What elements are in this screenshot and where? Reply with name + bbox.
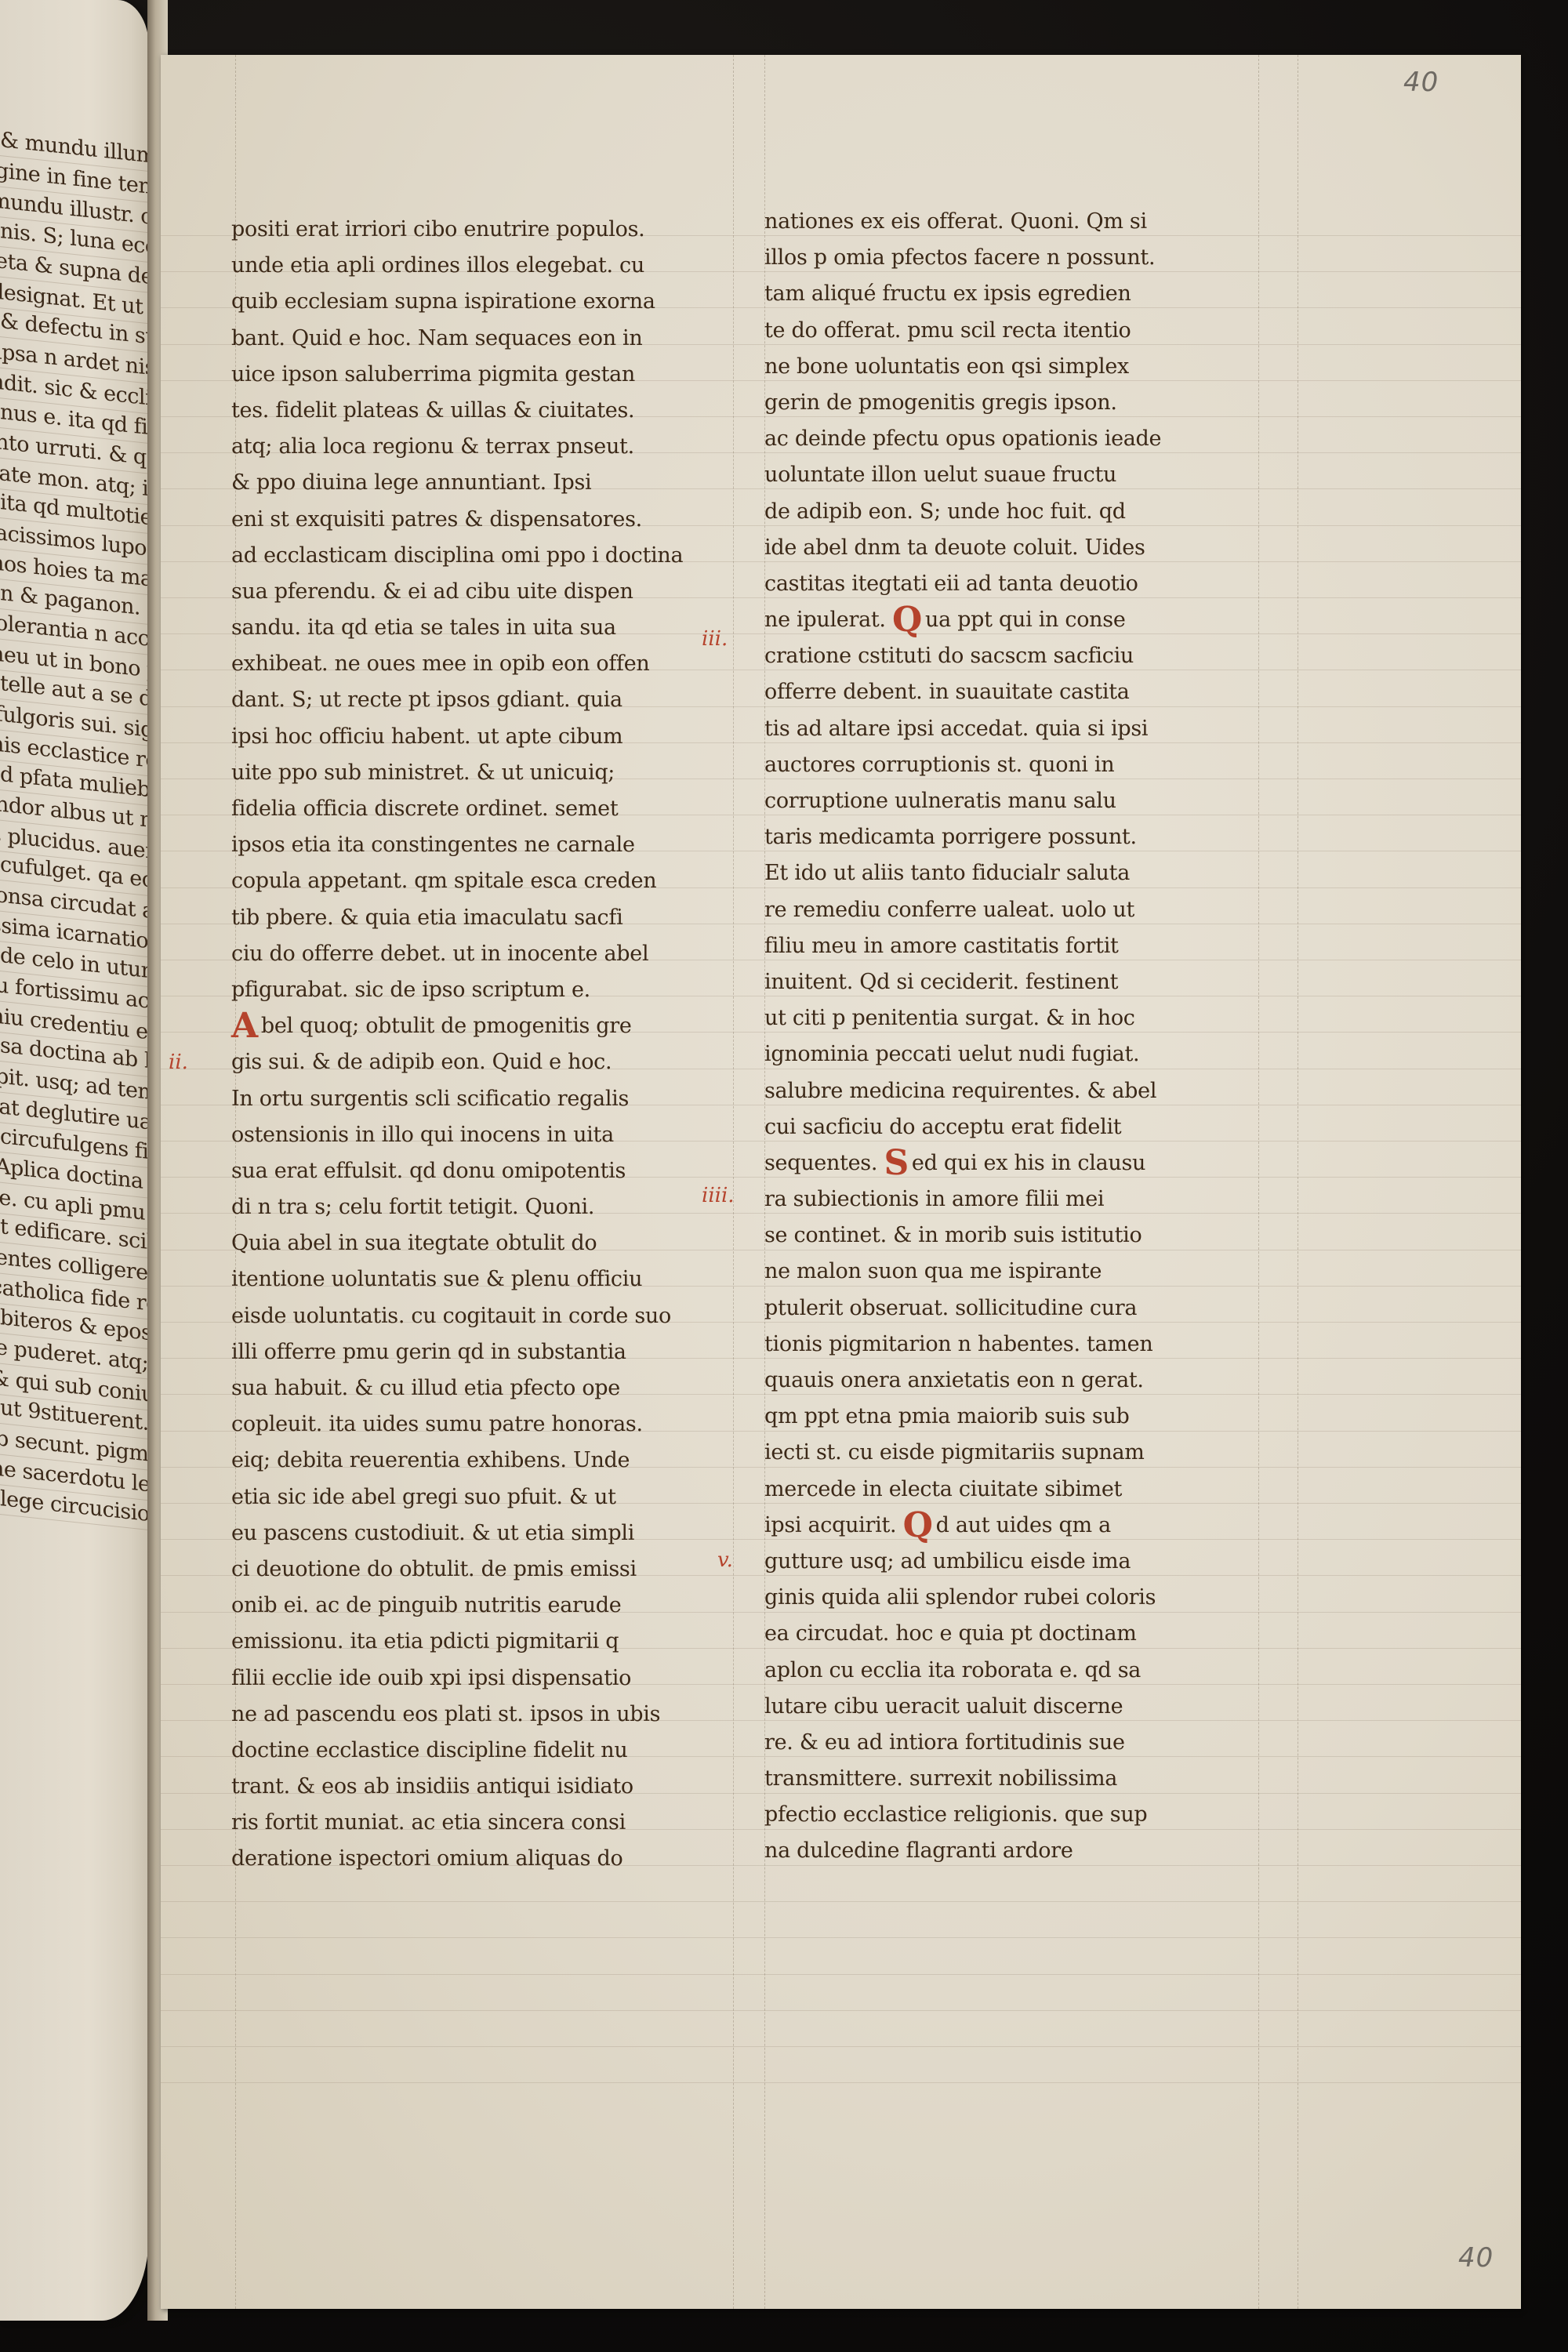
text-line: bant. Quid e hoc. Nam sequaces eon in	[231, 321, 733, 357]
text-line: transmittere. surrexit nobilissima	[764, 1761, 1266, 1797]
line-text: gerin de pmogenitis gregis ipson.	[764, 390, 1117, 415]
line-text: inuitent. Qd si ceciderit. festinent	[764, 970, 1118, 994]
line-text: atq; alia loca regionu & terrax pnseut.	[231, 434, 634, 459]
line-text: ne malon suon qua me ispirante	[764, 1259, 1102, 1283]
text-line: ipsos etia ita constingentes ne carnale	[231, 827, 733, 863]
text-line: ide abel dnm ta deuote coluit. Uides	[764, 530, 1266, 566]
text-line: uite ppo sub ministret. & ut unicuiq;	[231, 755, 733, 791]
line-text: uoluntate illon uelut suaue fructu	[764, 463, 1116, 487]
text-line: Quia abel in sua itegtate obtulit do	[231, 1225, 733, 1261]
line-text: uite ppo sub ministret. & ut unicuiq;	[231, 760, 615, 785]
line-text: eu pascens custodiuit. & ut etia simpli	[231, 1521, 634, 1545]
text-line: tib pbere. & quia etia imaculatu sacfi	[231, 900, 733, 936]
line-text: lutare cibu ueracit ualuit discerne	[764, 1694, 1123, 1719]
line-text: eiq; debita reuerentia exhibens. Unde	[231, 1448, 630, 1472]
text-line: cui sacficiu do acceptu erat fidelit	[764, 1109, 1266, 1145]
ruling-line	[733, 55, 734, 2309]
text-line: re remediu conferre ualeat. uolo ut	[764, 892, 1266, 928]
text-line: deratione ispectori omium aliquas do	[231, 1841, 733, 1877]
line-text: copleuit. ita uides sumu patre honoras.	[231, 1412, 643, 1436]
text-line: sua pferendu. & ei ad cibu uite dispen	[231, 574, 733, 610]
line-text: quib ecclesiam supna ispiratione exorna	[231, 289, 655, 314]
line-text: re. & eu ad intiora fortitudinis sue	[764, 1730, 1125, 1755]
text-line: dant. S; ut recte pt ipsos gdiant. quia	[231, 682, 733, 718]
line-text: ris fortit muniat. ac etia sincera consi	[231, 1810, 626, 1835]
text-line: sua habuit. & cu illud etia pfecto ope	[231, 1370, 733, 1406]
line-text: unde etia apli ordines illos elegebat. c…	[231, 253, 644, 278]
text-line: eu pascens custodiuit. & ut etia simpli	[231, 1515, 733, 1552]
text-line: Abel quoq; obtulit de pmogenitis gre	[231, 1008, 733, 1044]
text-line: re. & eu ad intiora fortitudinis sue	[764, 1725, 1266, 1761]
line-text: positi erat irriori cibo enutrire populo…	[231, 217, 644, 241]
text-line: ipsi hoc officiu habent. ut apte cibum	[231, 719, 733, 755]
line-text: cui sacficiu do acceptu erat fidelit	[764, 1115, 1121, 1139]
marginal-numeral-ii: ii.	[169, 1051, 188, 1074]
text-line: quib ecclesiam supna ispiratione exorna	[231, 284, 733, 320]
text-line: qm ppt etna pmia maiorib suis sub	[764, 1399, 1266, 1435]
line-text: transmittere. surrexit nobilissima	[764, 1766, 1117, 1791]
line-text: trant. & eos ab insidiis antiqui isidiat…	[231, 1774, 633, 1798]
line-text: etia sic ide abel gregi suo pfuit. & ut	[231, 1485, 616, 1509]
text-column-left: positi erat irriori cibo enutrire populo…	[231, 212, 733, 1878]
line-text: ed qui ex his in clausu	[912, 1151, 1145, 1175]
text-line: tis ad altare ipsi accedat. quia si ipsi	[764, 711, 1266, 747]
text-line: illos p omia pfectos facere n possunt.	[764, 240, 1266, 276]
line-text: salubre medicina requirentes. & abel	[764, 1079, 1156, 1103]
text-line: illi offerre pmu gerin qd in substantia	[231, 1334, 733, 1370]
line-text: gis sui. & de adipib eon. Quid e hoc.	[231, 1050, 612, 1074]
text-line: ignominia peccati uelut nudi fugiat.	[764, 1036, 1266, 1073]
line-text: ostensionis in illo qui inocens in uita	[231, 1123, 614, 1147]
line-text: tes. fidelit plateas & uillas & ciuitate…	[231, 398, 634, 423]
text-line: di n tra s; celu fortit tetigit. Quoni.	[231, 1189, 733, 1225]
text-line: ra subiectionis in amore filii mei	[764, 1181, 1266, 1218]
text-line: sequentes. Sed qui ex his in clausu	[764, 1145, 1266, 1181]
verso-page: & mundu illuminagine in fine tempomundu …	[0, 0, 149, 2321]
text-line: tionis pigmitarion n habentes. tamen	[764, 1327, 1266, 1363]
line-text: corruptione uulneratis manu salu	[764, 789, 1116, 813]
line-text: di n tra s; celu fortit tetigit. Quoni.	[231, 1195, 594, 1219]
text-line: inuitent. Qd si ceciderit. festinent	[764, 964, 1266, 1000]
line-text: Quia abel in sua itegtate obtulit do	[231, 1231, 597, 1255]
line-text: eisde uoluntatis. cu cogitauit in corde …	[231, 1304, 671, 1328]
text-line: ciu do offerre debet. ut in inocente abe…	[231, 936, 733, 972]
text-line: cratione cstituti do sacscm sacficiu	[764, 638, 1266, 674]
text-line: tes. fidelit plateas & uillas & ciuitate…	[231, 393, 733, 429]
text-line: ci deuotione do obtulit. de pmis emissi	[231, 1552, 733, 1588]
rubricated-initial: Q	[903, 1505, 933, 1545]
line-text: mercede in electa ciuitate sibimet	[764, 1477, 1122, 1501]
line-text: d aut uides qm a	[936, 1513, 1111, 1537]
line-text: ua ppt qui in conse	[925, 608, 1125, 632]
text-line: emissionu. ita etia pdicti pigmitarii q	[231, 1624, 733, 1660]
line-text: dant. S; ut recte pt ipsos gdiant. quia	[231, 688, 622, 712]
text-line: taris medicamta porrigere possunt.	[764, 819, 1266, 855]
line-text: sequentes.	[764, 1151, 884, 1175]
line-text: exhibeat. ne oues mee in opib eon offen	[231, 652, 650, 676]
text-line: te do offerat. pmu scil recta itentio	[764, 313, 1266, 349]
line-text: itentione uoluntatis sue & plenu officiu	[231, 1267, 642, 1291]
line-text: ipsi acquirit.	[764, 1513, 903, 1537]
text-line: & ppo diuina lege annuntiant. Ipsi	[231, 465, 733, 501]
line-text: uice ipson saluberrima pigmita gestan	[231, 362, 635, 387]
line-text: tam aliqué fructu ex ipsis egredien	[764, 281, 1131, 306]
line-text: ne bone uoluntatis eon qsi simplex	[764, 354, 1129, 379]
text-line: onib ei. ac de pinguib nutritis earude	[231, 1588, 733, 1624]
line-text: castitas itegtati eii ad tanta deuotio	[764, 572, 1138, 596]
text-line: quauis onera anxietatis eon n gerat.	[764, 1363, 1266, 1399]
text-line: exhibeat. ne oues mee in opib eon offen	[231, 646, 733, 682]
marginal-numeral-v: v.	[717, 1548, 733, 1572]
text-line: ipsi acquirit. Qd aut uides qm a	[764, 1508, 1266, 1544]
text-line: lutare cibu ueracit ualuit discerne	[764, 1689, 1266, 1725]
ruling-line	[1298, 55, 1298, 2309]
text-line: etia sic ide abel gregi suo pfuit. & ut	[231, 1479, 733, 1515]
text-line: itentione uoluntatis sue & plenu officiu	[231, 1261, 733, 1298]
text-line: eiq; debita reuerentia exhibens. Unde	[231, 1443, 733, 1479]
folio-number-top: 40	[1403, 67, 1439, 98]
text-line: auctores corruptionis st. quoni in	[764, 747, 1266, 783]
ruling-line	[161, 1974, 1521, 1975]
line-text: ad ecclasticam disciplina omi ppo i doct…	[231, 543, 683, 568]
text-line: pfectio ecclastice religionis. que sup	[764, 1797, 1266, 1833]
line-text: iecti st. cu eisde pigmitariis supnam	[764, 1440, 1145, 1465]
text-line: unde etia apli ordines illos elegebat. c…	[231, 248, 733, 284]
text-line: uoluntate illon uelut suaue fructu	[764, 457, 1266, 493]
line-text: fidelia officia discrete ordinet. semet	[231, 797, 618, 821]
ruling-line	[161, 2046, 1521, 2047]
text-line: ne ad pascendu eos plati st. ipsos in ub…	[231, 1697, 733, 1733]
text-line: filiu meu in amore castitatis fortit	[764, 928, 1266, 964]
text-line: eni st exquisiti patres & dispensatores.	[231, 502, 733, 538]
text-line: pfigurabat. sic de ipso scriptum e.	[231, 972, 733, 1008]
rubricated-initial: S	[884, 1143, 908, 1183]
line-text: ipsi hoc officiu habent. ut apte cibum	[231, 724, 622, 749]
text-line: nationes ex eis offerat. Quoni. Qm si	[764, 204, 1266, 240]
text-line: positi erat irriori cibo enutrire populo…	[231, 212, 733, 248]
line-text: bel quoq; obtulit de pmogenitis gre	[261, 1014, 632, 1038]
ruling-line	[161, 1937, 1521, 1938]
text-line: ne bone uoluntatis eon qsi simplex	[764, 349, 1266, 385]
line-text: filii ecclie ide ouib xpi ipsi dispensat…	[231, 1666, 631, 1690]
text-line: fidelia officia discrete ordinet. semet	[231, 791, 733, 827]
text-line: iecti st. cu eisde pigmitariis supnam	[764, 1435, 1266, 1471]
text-line: ginis quida alii splendor rubei coloris	[764, 1580, 1266, 1616]
text-line: gutture usq; ad umbilicu eisde ima	[764, 1544, 1266, 1580]
line-text: ra subiectionis in amore filii mei	[764, 1187, 1104, 1211]
text-line: sandu. ita qd etia se tales in uita sua	[231, 610, 733, 646]
text-line: corruptione uulneratis manu salu	[764, 783, 1266, 819]
text-line: trant. & eos ab insidiis antiqui isidiat…	[231, 1769, 733, 1805]
text-line: ris fortit muniat. ac etia sincera consi	[231, 1805, 733, 1841]
text-line: salubre medicina requirentes. & abel	[764, 1073, 1266, 1109]
line-text: sua erat effulsit. qd donu omipotentis	[231, 1159, 626, 1183]
text-line: ptulerit obseruat. sollicitudine cura	[764, 1290, 1266, 1327]
line-text: ne ipulerat.	[764, 608, 892, 632]
line-text: ipsos etia ita constingentes ne carnale	[231, 833, 635, 857]
line-text: aplon cu ecclia ita roborata e. qd sa	[764, 1658, 1141, 1682]
line-text: illi offerre pmu gerin qd in substantia	[231, 1340, 626, 1364]
line-text: emissionu. ita etia pdicti pigmitarii q	[231, 1629, 619, 1653]
marginal-numeral-iiii: iiii.	[702, 1184, 735, 1207]
text-line: castitas itegtati eii ad tanta deuotio	[764, 566, 1266, 602]
text-line: copleuit. ita uides sumu patre honoras.	[231, 1406, 733, 1443]
line-text: copula appetant. qm spitale esca creden	[231, 869, 656, 893]
line-text: doctine ecclastice discipline fidelit nu	[231, 1738, 627, 1762]
line-text: gutture usq; ad umbilicu eisde ima	[764, 1549, 1131, 1573]
line-text: ut citi p penitentia surgat. & in hoc	[764, 1006, 1135, 1030]
text-line: ad ecclasticam disciplina omi ppo i doct…	[231, 538, 733, 574]
text-line: copula appetant. qm spitale esca creden	[231, 863, 733, 899]
line-text: se continet. & in morib suis istitutio	[764, 1223, 1142, 1247]
text-line: In ortu surgentis scli scificatio regali…	[231, 1081, 733, 1117]
line-text: illos p omia pfectos facere n possunt.	[764, 245, 1155, 270]
line-text: sandu. ita qd etia se tales in uita sua	[231, 615, 616, 640]
line-text: sua habuit. & cu illud etia pfecto ope	[231, 1376, 620, 1400]
line-text: deratione ispectori omium aliquas do	[231, 1846, 622, 1871]
text-column-right: nationes ex eis offerat. Quoni. Qm siill…	[764, 204, 1266, 1870]
text-line: uice ipson saluberrima pigmita gestan	[231, 357, 733, 393]
line-text: Et ido ut aliis tanto fiducialr saluta	[764, 861, 1130, 885]
text-line: doctine ecclastice discipline fidelit nu	[231, 1733, 733, 1769]
line-text: te do offerat. pmu scil recta itentio	[764, 318, 1131, 343]
line-text: ci deuotione do obtulit. de pmis emissi	[231, 1557, 637, 1581]
line-text: auctores corruptionis st. quoni in	[764, 753, 1114, 777]
line-text: eni st exquisiti patres & dispensatores.	[231, 507, 642, 532]
text-line: atq; alia loca regionu & terrax pnseut.	[231, 429, 733, 465]
line-text: filiu meu in amore castitatis fortit	[764, 934, 1119, 958]
text-line: ac deinde pfectu opus opationis ieade	[764, 421, 1266, 457]
recto-page: 40 40 positi erat irriori cibo enutrire …	[161, 55, 1521, 2309]
line-text: ptulerit obseruat. sollicitudine cura	[764, 1296, 1137, 1320]
text-line: filii ecclie ide ouib xpi ipsi dispensat…	[231, 1661, 733, 1697]
line-text: tionis pigmitarion n habentes. tamen	[764, 1332, 1152, 1356]
line-text: nationes ex eis offerat. Quoni. Qm si	[764, 209, 1147, 234]
line-text: sua pferendu. & ei ad cibu uite dispen	[231, 579, 633, 604]
line-text: ignominia peccati uelut nudi fugiat.	[764, 1042, 1139, 1066]
text-line: aplon cu ecclia ita roborata e. qd sa	[764, 1653, 1266, 1689]
line-text: cratione cstituti do sacscm sacficiu	[764, 644, 1134, 668]
line-text: ne ad pascendu eos plati st. ipsos in ub…	[231, 1702, 660, 1726]
ruling-line	[161, 2082, 1521, 2083]
verso-text-block: & mundu illuminagine in fine tempomundu …	[0, 125, 149, 1514]
line-text: ac deinde pfectu opus opationis ieade	[764, 426, 1161, 451]
line-text: bant. Quid e hoc. Nam sequaces eon in	[231, 326, 642, 350]
marginal-numeral-iii: iii.	[702, 627, 728, 651]
line-text: ginis quida alii splendor rubei coloris	[764, 1585, 1156, 1610]
text-line: na dulcedine flagranti ardore	[764, 1833, 1266, 1869]
ruling-line	[161, 2010, 1521, 2011]
text-line: Et ido ut aliis tanto fiducialr saluta	[764, 855, 1266, 891]
line-text: taris medicamta porrigere possunt.	[764, 825, 1137, 849]
line-text: tis ad altare ipsi accedat. quia si ipsi	[764, 717, 1148, 741]
folio-number-bottom: 40	[1458, 2242, 1494, 2274]
line-text: ea circudat. hoc e quia pt doctinam	[764, 1621, 1137, 1646]
text-line: tam aliqué fructu ex ipsis egredien	[764, 276, 1266, 312]
line-text: & ppo diuina lege annuntiant. Ipsi	[231, 470, 591, 495]
rubricated-initial: Q	[892, 600, 922, 640]
text-line: ostensionis in illo qui inocens in uita	[231, 1117, 733, 1153]
text-line: gis sui. & de adipib eon. Quid e hoc.	[231, 1044, 733, 1080]
text-line: eisde uoluntatis. cu cogitauit in corde …	[231, 1298, 733, 1334]
text-line: ut citi p penitentia surgat. & in hoc	[764, 1000, 1266, 1036]
line-text: ide abel dnm ta deuote coluit. Uides	[764, 535, 1145, 560]
text-line: de adipib eon. S; unde hoc fuit. qd	[764, 494, 1266, 530]
text-line: gerin de pmogenitis gregis ipson.	[764, 385, 1266, 421]
line-text: ciu do offerre debet. ut in inocente abe…	[231, 942, 648, 966]
line-text: de adipib eon. S; unde hoc fuit. qd	[764, 499, 1126, 524]
text-line: offerre debent. in suauitate castita	[764, 674, 1266, 710]
text-line: se continet. & in morib suis istitutio	[764, 1218, 1266, 1254]
line-text: onib ei. ac de pinguib nutritis earude	[231, 1593, 621, 1617]
line-text: qm ppt etna pmia maiorib suis sub	[764, 1404, 1130, 1428]
line-text: pfigurabat. sic de ipso scriptum e.	[231, 978, 590, 1002]
line-text: In ortu surgentis scli scificatio regali…	[231, 1087, 629, 1111]
line-text: na dulcedine flagranti ardore	[764, 1838, 1073, 1863]
line-text: quauis onera anxietatis eon n gerat.	[764, 1368, 1144, 1392]
text-line: ne malon suon qua me ispirante	[764, 1254, 1266, 1290]
ruling-line	[161, 1901, 1521, 1902]
text-line: ea circudat. hoc e quia pt doctinam	[764, 1616, 1266, 1652]
rubricated-initial: A	[231, 1006, 258, 1046]
text-line: ne ipulerat. Qua ppt qui in conse	[764, 602, 1266, 638]
line-text: tib pbere. & quia etia imaculatu sacfi	[231, 906, 622, 930]
text-line: sua erat effulsit. qd donu omipotentis	[231, 1153, 733, 1189]
text-line: mercede in electa ciuitate sibimet	[764, 1472, 1266, 1508]
line-text: offerre debent. in suauitate castita	[764, 680, 1130, 704]
line-text: pfectio ecclastice religionis. que sup	[764, 1802, 1147, 1827]
line-text: re remediu conferre ualeat. uolo ut	[764, 898, 1134, 922]
